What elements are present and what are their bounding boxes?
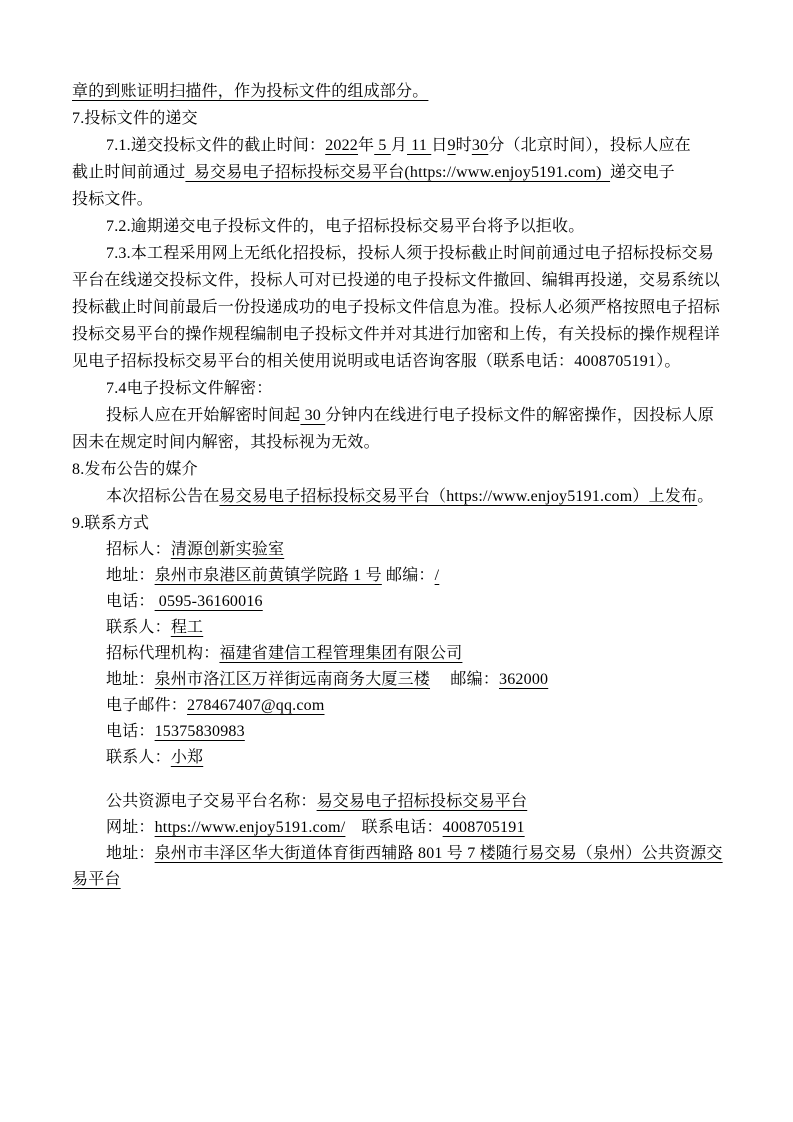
underlined-text-run: 15375830983 xyxy=(155,723,245,740)
underlined-text-run: 福建省建信工程管理集团有限公司 xyxy=(219,645,462,662)
text-run: 投标截止时间前最后一份投递成功的电子投标文件信息为准。投标人必须严格按照电子招标 xyxy=(72,299,720,316)
text-line: 投标截止时间前最后一份投递成功的电子投标文件信息为准。投标人必须严格按照电子招标 xyxy=(72,294,723,321)
text-run: 因未在规定时间内解密，其投标视为无效。 xyxy=(72,434,380,451)
text-run: 地址： xyxy=(106,671,155,688)
text-line: 章的到账证明扫描件，作为投标文件的组成部分。 xyxy=(72,78,723,105)
text-run: 9.联系方式 xyxy=(72,515,149,532)
text-line: 7.2.逾期递交电子投标文件的，电子招标投标交易平台将予以拒收。 xyxy=(72,213,723,240)
text-run: 7.4电子投标文件解密： xyxy=(106,380,272,397)
text-line: 投标交易平台的操作规程编制电子投标文件并对其进行加密和上传，有关投标的操作规程详 xyxy=(72,321,723,348)
text-line: 本次招标公告在易交易电子招标投标交易平台（https://www.enjoy51… xyxy=(72,483,723,510)
underlined-text-run: 11 xyxy=(407,137,431,154)
text-run: 联系人： xyxy=(106,619,171,636)
text-line: 网址：https://www.enjoy5191.com/ 联系电话：40087… xyxy=(72,815,723,841)
underlined-text-run: 5 xyxy=(374,137,391,154)
text-run: 电话： xyxy=(106,723,155,740)
text-run: 分（北京时间），投标人应在 xyxy=(488,137,691,154)
text-run: 本次招标公告在 xyxy=(106,488,219,505)
text-run: 投标交易平台的操作规程编制电子投标文件并对其进行加密和上传，有关投标的操作规程详 xyxy=(72,326,720,343)
text-run: 8.发布公告的媒介 xyxy=(72,461,198,478)
text-run: 分钟内在线进行电子投标文件的解密操作，因投标人原 xyxy=(325,407,714,424)
underlined-text-run: 泉州市洛江区万祥街远南商务大厦三楼 xyxy=(155,671,430,688)
underlined-text-run: 4008705191 xyxy=(443,819,525,836)
text-line: 7.4电子投标文件解密： xyxy=(72,375,723,402)
text-run: 年 xyxy=(358,137,374,154)
text-line: 见电子招标投标交易平台的相关使用说明或电话咨询客服（联系电话：400870519… xyxy=(72,348,723,375)
underlined-text-run: 30 xyxy=(472,137,488,154)
text-run: 电子邮件： xyxy=(106,697,187,714)
text-run: 联系电话： xyxy=(345,819,442,836)
text-run: 联系人： xyxy=(106,749,171,766)
text-run: 时 xyxy=(456,137,472,154)
text-run: 电话： xyxy=(106,593,155,610)
underlined-text-run: 278467407@qq.com xyxy=(187,697,324,714)
underlined-text-run: 清源创新实验室 xyxy=(171,541,284,558)
underlined-text-run: 易交易电子招标投标交易平台(https://www.enjoy5191.com) xyxy=(185,164,610,181)
text-run: 平台在线递交投标文件，投标人可对已投递的电子投标文件撤回、编辑再投递，交易系统以 xyxy=(72,272,720,289)
text-run: 7.2.逾期递交电子投标文件的，电子招标投标交易平台将予以拒收。 xyxy=(106,218,584,235)
text-line: 9.联系方式 xyxy=(72,510,723,537)
text-run: 投标人应在开始解密时间起 xyxy=(106,407,300,424)
text-run: 网址： xyxy=(106,819,155,836)
text-run: 7.1.递交投标文件的截止时间： xyxy=(106,137,325,154)
text-line: 招标人：清源创新实验室 xyxy=(72,537,723,563)
underlined-text-run: https://www.enjoy5191.com/ xyxy=(155,819,346,836)
text-line: 7.1.递交投标文件的截止时间：2022年 5 月 11 日9时30分（北京时间… xyxy=(72,132,723,159)
text-line: 7.投标文件的递交 xyxy=(72,105,723,132)
text-line: 电话： 0595-36160016 xyxy=(72,589,723,615)
text-run: 月 xyxy=(391,137,407,154)
text-run: 递交电子 xyxy=(610,164,675,181)
underlined-text-run: 小郑 xyxy=(171,749,203,766)
text-line: 联系人：小郑 xyxy=(72,745,723,771)
blank-line xyxy=(72,771,723,789)
underlined-text-run: 362000 xyxy=(499,671,548,688)
text-run: 。 xyxy=(697,488,713,505)
text-line: 投标人应在开始解密时间起 30 分钟内在线进行电子投标文件的解密操作，因投标人原 xyxy=(72,402,723,429)
text-line: 7.3.本工程采用网上无纸化招投标，投标人须于投标截止时间前通过电子招标投标交易 xyxy=(72,240,723,267)
underlined-text-run: 30 xyxy=(300,407,325,424)
underlined-text-run: 章的到账证明扫描件，作为投标文件的组成部分。 xyxy=(72,83,428,100)
text-run: 招标人： xyxy=(106,541,171,558)
text-run: 公共资源电子交易平台名称： xyxy=(106,793,317,810)
text-run: 邮编： xyxy=(430,671,499,688)
underlined-text-run: 程工 xyxy=(171,619,203,636)
underlined-text-run: 9 xyxy=(447,137,455,154)
text-run: 7.投标文件的递交 xyxy=(72,110,198,127)
text-line: 投标文件。 xyxy=(72,186,723,213)
text-line: 地址：泉州市泉港区前黄镇学院路 1 号 邮编：/ xyxy=(72,563,723,589)
underlined-text-run: / xyxy=(435,567,440,584)
text-run: 地址： xyxy=(106,845,155,862)
text-run: 邮编： xyxy=(382,567,435,584)
underlined-text-run: 泉州市丰泽区华大街道体育街西辅路 801 号 7 楼随行易交易（泉州）公共资源交 xyxy=(155,845,723,862)
text-line: 8.发布公告的媒介 xyxy=(72,456,723,483)
text-run: 地址： xyxy=(106,567,155,584)
text-line: 因未在规定时间内解密，其投标视为无效。 xyxy=(72,429,723,456)
text-run: 见电子招标投标交易平台的相关使用说明或电话咨询客服（联系电话：400870519… xyxy=(72,353,681,370)
text-line: 公共资源电子交易平台名称：易交易电子招标投标交易平台 xyxy=(72,789,723,815)
underlined-text-run: 易交易电子招标投标交易平台 xyxy=(317,793,528,810)
underlined-text-run: 泉州市泉港区前黄镇学院路 1 号 xyxy=(155,567,382,584)
text-line: 电子邮件：278467407@qq.com xyxy=(72,693,723,719)
text-line: 招标代理机构：福建省建信工程管理集团有限公司 xyxy=(72,641,723,667)
document-page: 章的到账证明扫描件，作为投标文件的组成部分。7.投标文件的递交7.1.递交投标文… xyxy=(0,0,793,1122)
text-line: 地址：泉州市洛江区万祥街远南商务大厦三楼 邮编：362000 xyxy=(72,667,723,693)
underlined-text-run: 0595-36160016 xyxy=(155,593,263,610)
text-line: 联系人：程工 xyxy=(72,615,723,641)
underlined-text-run: 易交易电子招标投标交易平台（https://www.enjoy5191.com）… xyxy=(219,488,697,505)
text-line: 截止时间前通过 易交易电子招标投标交易平台(https://www.enjoy5… xyxy=(72,159,723,186)
text-run: 7.3.本工程采用网上无纸化招投标，投标人须于投标截止时间前通过电子招标投标交易 xyxy=(106,245,714,262)
document-body: 章的到账证明扫描件，作为投标文件的组成部分。7.投标文件的递交7.1.递交投标文… xyxy=(72,78,723,893)
underlined-text-run: 2022 xyxy=(325,137,358,154)
underlined-text-run: 易平台 xyxy=(72,871,121,888)
text-line: 电话：15375830983 xyxy=(72,719,723,745)
text-run: 投标文件。 xyxy=(72,191,153,208)
text-run: 日 xyxy=(431,137,447,154)
text-line: 地址：泉州市丰泽区华大街道体育街西辅路 801 号 7 楼随行易交易（泉州）公共… xyxy=(72,841,723,867)
text-run: 招标代理机构： xyxy=(106,645,219,662)
text-line: 易平台 xyxy=(72,867,723,893)
text-line: 平台在线递交投标文件，投标人可对已投递的电子投标文件撤回、编辑再投递，交易系统以 xyxy=(72,267,723,294)
text-run: 截止时间前通过 xyxy=(72,164,185,181)
